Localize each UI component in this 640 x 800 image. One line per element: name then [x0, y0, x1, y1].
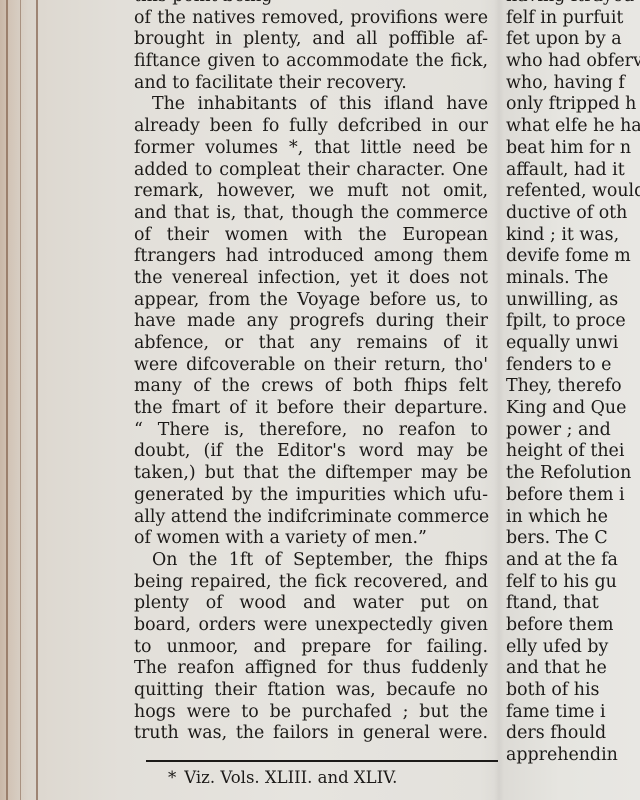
binding-edge-line	[6, 0, 8, 800]
text-line: to unmoor, and prepare for failing.	[134, 637, 488, 659]
footnote-rule	[146, 760, 498, 762]
text-line: and at the fa	[506, 550, 640, 572]
text-line: bers. The C	[506, 528, 640, 550]
text-line: abfence, or that any remains of it	[134, 333, 488, 355]
text-line: having ftrayed	[506, 0, 640, 8]
text-line: of the natives removed, provifions were	[134, 8, 488, 30]
text-line: ftand, that	[506, 593, 640, 615]
text-line: both of his	[506, 680, 640, 702]
text-line: The inhabitants of this ifland have	[134, 94, 488, 116]
text-line: many of the crews of both fhips felt	[134, 376, 488, 398]
text-line: The reafon affigned for thus fuddenly	[134, 658, 488, 680]
text-line: King and Que	[506, 398, 640, 420]
text-line: beat him for n	[506, 138, 640, 160]
text-line: of their women with the European	[134, 225, 488, 247]
text-line: fiftance given to accommodate the fick,	[134, 51, 488, 73]
text-line: ally attend the indifcriminate commerce	[134, 507, 488, 529]
footnote-text: Viz. Vols. XLIII. and XLIV.	[184, 768, 397, 787]
text-line: ders fhould	[506, 723, 640, 745]
text-line: before them i	[506, 485, 640, 507]
scanned-page: this point beingof the natives removed, …	[0, 0, 640, 800]
left-text-column: this point beingof the natives removed, …	[134, 0, 488, 745]
footnote-marker: *	[168, 768, 176, 787]
text-line: have made any progrefs during their	[134, 311, 488, 333]
text-line: who, having f	[506, 73, 640, 95]
text-line: apprehendin	[506, 745, 640, 767]
text-line: appear, from the Voyage before us, to	[134, 290, 488, 312]
text-line: doubt, (if the Editor's word may be	[134, 441, 488, 463]
text-line: elly ufed by	[506, 637, 640, 659]
text-line: unwilling, as	[506, 290, 640, 312]
text-line: felf in purfuit	[506, 8, 640, 30]
text-line: equally unwi	[506, 333, 640, 355]
text-line: fet upon by a	[506, 29, 640, 51]
text-line: They, therefo	[506, 376, 640, 398]
text-line: former volumes *, that little need be	[134, 138, 488, 160]
text-line: this point being	[134, 0, 488, 8]
text-line: taken,) but that the diftemper may be	[134, 463, 488, 485]
text-line: kind ; it was,	[506, 225, 640, 247]
text-line: who had obferv	[506, 51, 640, 73]
text-line: plenty of wood and water put on	[134, 593, 488, 615]
text-line: hogs were to be purchafed ; but the	[134, 702, 488, 724]
text-line: and to facilitate their recovery.	[134, 73, 488, 95]
text-line: and that he	[506, 658, 640, 680]
text-line: height of thei	[506, 441, 640, 463]
text-line: fenders to e	[506, 355, 640, 377]
text-line: board, orders were unexpectedly given	[134, 615, 488, 637]
text-line: before them	[506, 615, 640, 637]
text-line: the fmart of it before their departure.	[134, 398, 488, 420]
binding-edge-line	[36, 0, 38, 800]
text-line: fpilt, to proce	[506, 311, 640, 333]
text-line: devife fome m	[506, 246, 640, 268]
text-line: added to compleat their character. One	[134, 160, 488, 182]
text-line: being repaired, the fick recovered, and	[134, 572, 488, 594]
column-gutter	[494, 0, 504, 800]
text-line: only ftripped h	[506, 94, 640, 116]
text-line: remark, however, we muft not omit,	[134, 181, 488, 203]
footnote: *Viz. Vols. XLIII. and XLIV.	[168, 768, 397, 787]
text-line: affault, had it	[506, 160, 640, 182]
text-line: felf to his gu	[506, 572, 640, 594]
text-line: the Refolution	[506, 463, 640, 485]
text-line: ftrangers had introduced among them	[134, 246, 488, 268]
text-line: minals. The	[506, 268, 640, 290]
text-line: in which he	[506, 507, 640, 529]
text-line: brought in plenty, and all poffible af-	[134, 29, 488, 51]
text-line: were difcoverable on their return, tho'	[134, 355, 488, 377]
text-line: On the 1ft of September, the fhips	[134, 550, 488, 572]
text-line: already been fo fully defcribed in our	[134, 116, 488, 138]
text-line: refented, would	[506, 181, 640, 203]
text-line: generated by the impurities which ufu-	[134, 485, 488, 507]
text-line: what elfe he ha	[506, 116, 640, 138]
text-line: “ There is, therefore, no reafon to	[134, 420, 488, 442]
text-line: the venereal infection, yet it does not	[134, 268, 488, 290]
text-line: quitting their ftation was, becaufe no	[134, 680, 488, 702]
text-line: and that is, that, though the commerce	[134, 203, 488, 225]
text-line: fame time i	[506, 702, 640, 724]
text-line: ductive of oth	[506, 203, 640, 225]
text-line: truth was, the failors in general were.	[134, 723, 488, 745]
text-line: power ; and	[506, 420, 640, 442]
binding-edge-line	[20, 0, 21, 800]
text-line: of women with a variety of men.”	[134, 528, 488, 550]
right-text-column: having ftrayedfelf in purfuitfet upon by…	[506, 0, 640, 767]
